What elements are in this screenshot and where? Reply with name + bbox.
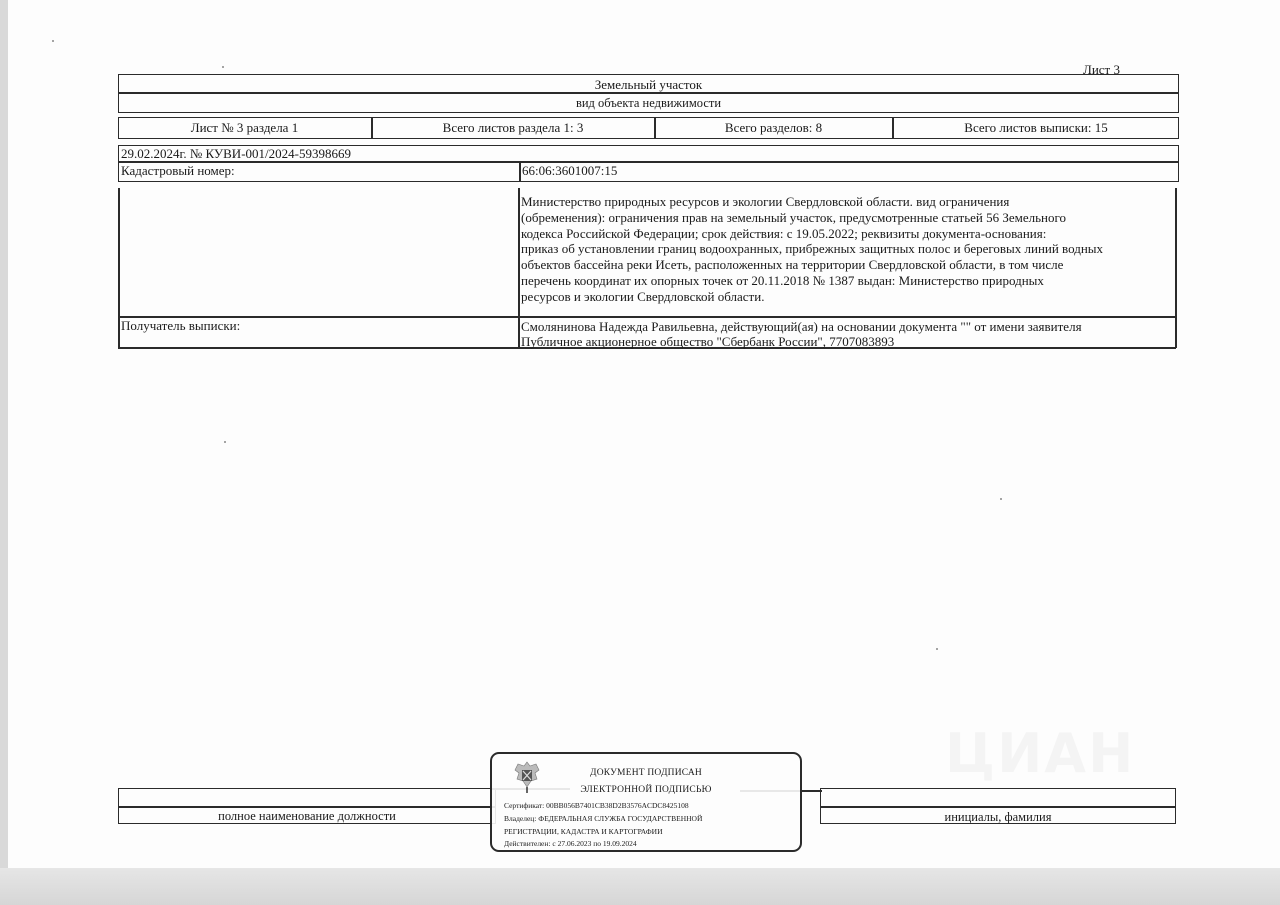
divider bbox=[519, 161, 521, 182]
recipient-line: Смолянинова Надежда Равильевна, действую… bbox=[521, 319, 1171, 334]
object-type-caption: вид объекта недвижимости bbox=[118, 96, 1179, 111]
restriction-text: Министерство природных ресурсов и эколог… bbox=[521, 194, 1171, 305]
divider bbox=[118, 161, 1179, 163]
stamp-title-line1: ДОКУМЕНТ ПОДПИСАН bbox=[492, 768, 800, 778]
recipient-label: Получатель выписки: bbox=[121, 318, 240, 333]
stamp-certificate: Сертификат: 00BB056B7401CB38D2B3576ACDC8… bbox=[504, 801, 689, 810]
electronic-signature-stamp: ДОКУМЕНТ ПОДПИСАН ЭЛЕКТРОННОЙ ПОДПИСЬЮ С… bbox=[490, 752, 802, 852]
recipient-value: Смолянинова Надежда Равильевна, действую… bbox=[521, 319, 1171, 349]
divider bbox=[518, 188, 520, 348]
recipient-line: Публичное акционерное общество "Сбербанк… bbox=[521, 334, 1171, 349]
scan-speck bbox=[52, 40, 54, 42]
cadastral-label: Кадастровый номер: bbox=[121, 163, 235, 178]
restriction-line: объектов бассейна реки Исеть, расположен… bbox=[521, 257, 1171, 273]
section-total: Всего разделов: 8 bbox=[655, 120, 892, 135]
object-type: Земельный участок bbox=[118, 77, 1179, 92]
scan-margin bbox=[0, 868, 1280, 905]
table-border-right bbox=[1175, 188, 1177, 348]
extract-date-number: 29.02.2024г. № КУВИ-001/2024-59398669 bbox=[121, 146, 351, 161]
divider bbox=[118, 316, 1176, 318]
scan-speck bbox=[224, 441, 226, 443]
restriction-line: перечень координат их опорных точек от 2… bbox=[521, 273, 1171, 289]
divider bbox=[820, 806, 1176, 808]
scan-speck bbox=[1000, 498, 1002, 500]
section-sheet-total: Всего листов раздела 1: 3 bbox=[372, 120, 654, 135]
restriction-line: ресурсов и экологии Свердловской области… bbox=[521, 289, 1171, 305]
table-border-left bbox=[118, 188, 120, 348]
position-caption: полное наименование должности bbox=[118, 809, 496, 824]
name-caption: инициалы, фамилия bbox=[820, 810, 1176, 825]
divider bbox=[118, 92, 1179, 94]
scan-speck bbox=[936, 648, 938, 650]
restriction-line: приказ об установлении границ водоохранн… bbox=[521, 241, 1171, 257]
restriction-line: кодекса Российской Федерации; срок дейст… bbox=[521, 226, 1171, 242]
stamp-validity: Действителен: с 27.06.2023 по 19.09.2024 bbox=[504, 839, 637, 848]
stamp-owner-line1: Владелец: ФЕДЕРАЛЬНАЯ СЛУЖБА ГОСУДАРСТВЕ… bbox=[504, 814, 702, 823]
cadastral-number: 66:06:3601007:15 bbox=[522, 163, 617, 178]
restriction-line: Министерство природных ресурсов и эколог… bbox=[521, 194, 1171, 210]
divider bbox=[118, 806, 496, 808]
restriction-line: (обременения): ограничения прав на земел… bbox=[521, 210, 1171, 226]
sheet-of-section: Лист № 3 раздела 1 bbox=[118, 120, 371, 135]
stamp-owner-line2: РЕГИСТРАЦИИ, КАДАСТРА И КАРТОГРАФИИ bbox=[504, 827, 663, 836]
scan-speck bbox=[222, 66, 224, 68]
stamp-title-line2: ЭЛЕКТРОННОЙ ПОДПИСЬЮ bbox=[492, 785, 800, 795]
watermark: ЦИАН bbox=[945, 722, 1135, 785]
extract-sheet-total: Всего листов выписки: 15 bbox=[893, 120, 1179, 135]
